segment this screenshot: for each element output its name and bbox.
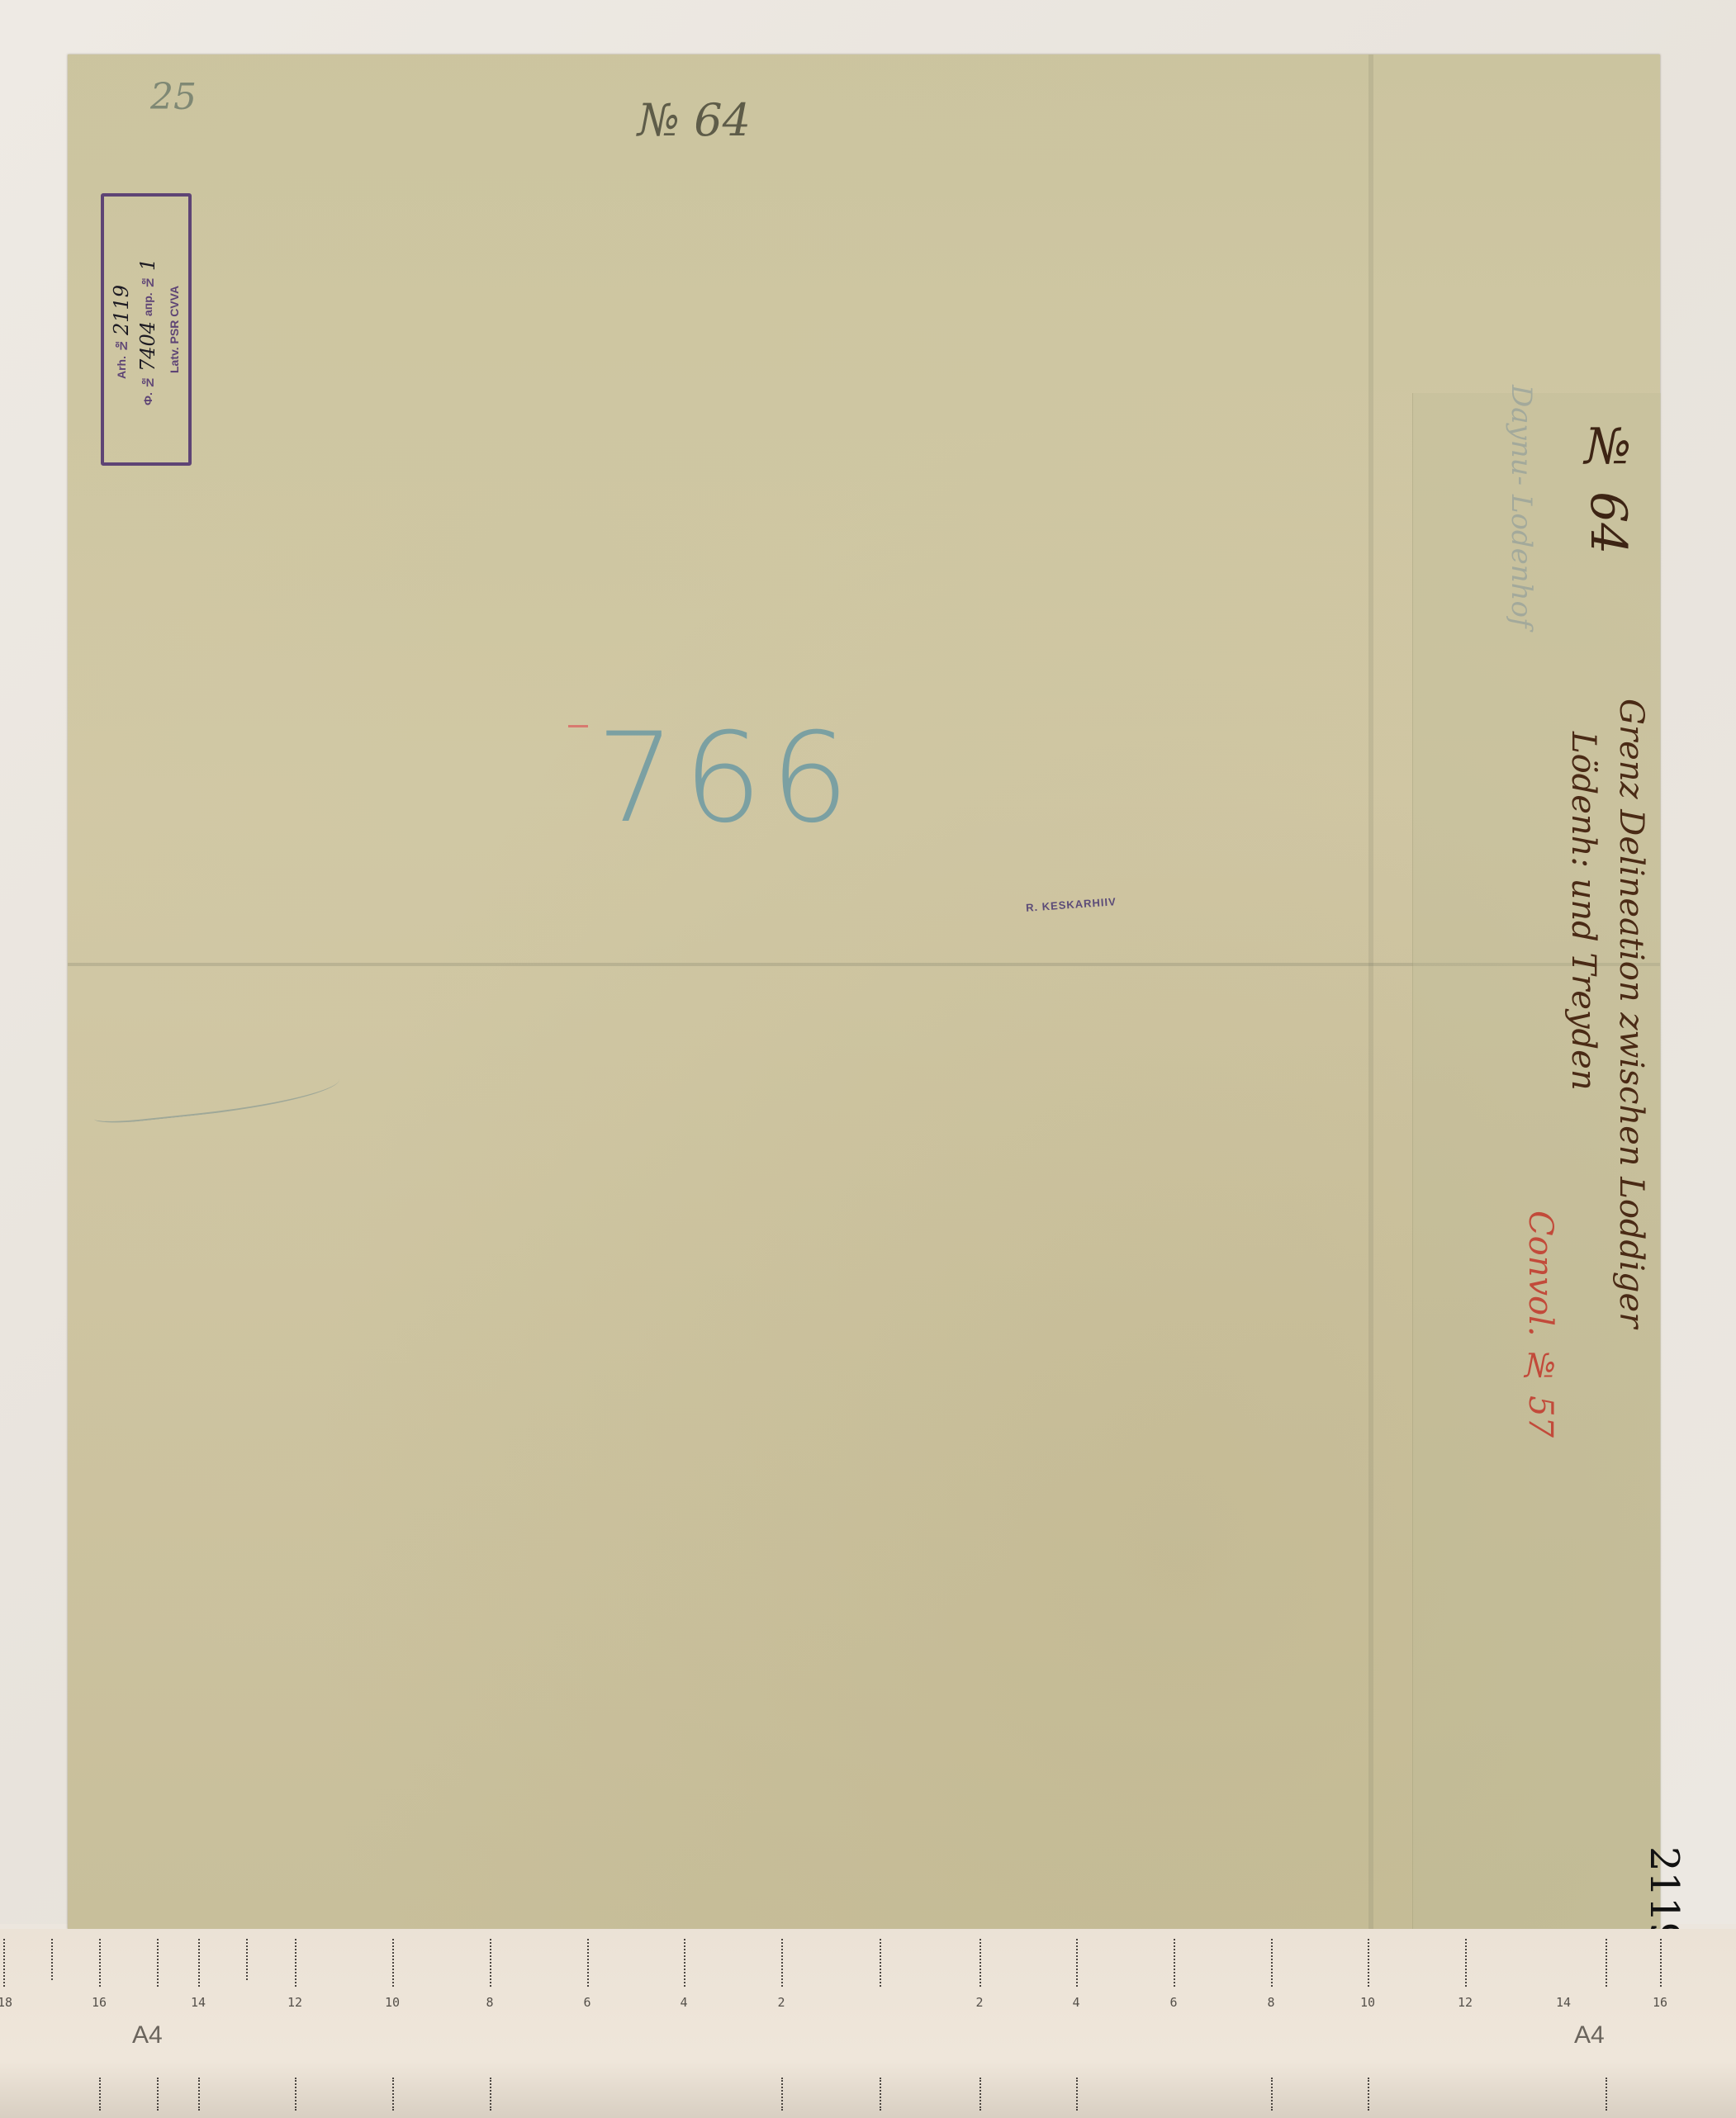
ruler-tick — [99, 2078, 101, 2111]
ruler-tick — [1606, 2078, 1607, 2111]
ruler-label: 6 — [583, 1995, 591, 2010]
stamp-line-fond: Ф. № 7404 апр. № 1 — [135, 197, 160, 462]
ruler-tick — [979, 1939, 981, 1987]
ruler-tick — [684, 1939, 685, 1987]
ruler-tick — [979, 2078, 981, 2111]
ruler-tick — [51, 1939, 53, 1980]
ruler-tick — [1368, 1939, 1369, 1987]
ruler-tick — [490, 2078, 491, 2111]
blue-crayon-number: 766 — [596, 707, 857, 851]
ink-heading-number: № 64 — [1579, 418, 1637, 554]
pencil-number-top-left: 25 — [150, 76, 197, 118]
ruler-tick — [1660, 1939, 1662, 1987]
ruler-tick — [157, 2078, 159, 2111]
vertical-fold-line — [1368, 54, 1373, 1929]
stamp-fond-value: 7404 — [136, 321, 159, 372]
ruler-tick — [1271, 2078, 1273, 2111]
ruler-center-tick — [880, 1939, 881, 1987]
ruler-tick — [1465, 1939, 1467, 1987]
ruler-tick — [3, 1939, 5, 1987]
ruler-label: 16 — [92, 1995, 107, 2010]
catalog-number-top: № 64 — [638, 94, 751, 146]
ruler-tick — [490, 1939, 491, 1987]
ruler-label: 8 — [1267, 1995, 1274, 2010]
ruler-label: 8 — [486, 1995, 493, 2010]
ruler-tick — [1606, 1939, 1607, 1987]
ruler-tick — [781, 1939, 783, 1987]
red-pencil-mark — [568, 725, 588, 736]
ruler-tick — [1368, 2078, 1369, 2111]
ruler-tick — [198, 1939, 200, 1987]
red-convolute-note: Convol. № 57 — [1521, 1211, 1559, 1438]
archive-name-stamp: R. KESKARHIIV — [1026, 895, 1117, 914]
ruler-tick — [1076, 1939, 1078, 1987]
ruler-tick — [295, 1939, 296, 1987]
ruler-label: 10 — [1360, 1995, 1375, 2010]
ruler-tick — [392, 2078, 394, 2111]
stamp-line-archive-number: Arh. № 2119 — [109, 197, 134, 462]
stamp-line-archive-name: Latv. PSR CVVA — [162, 197, 187, 462]
ruler-tick — [1174, 1939, 1175, 1987]
ruler-tick — [1076, 2078, 1078, 2111]
ruler-label: 4 — [680, 1995, 687, 2010]
ruler-tick — [1271, 1939, 1273, 1987]
ruler-label: 2 — [777, 1995, 785, 2010]
ruler-tick — [99, 1939, 101, 1987]
inventory-stamp: Latv. PSR CVVA Ф. № 7404 апр. № 1 Arh. №… — [101, 193, 192, 466]
ruler-label: 16 — [1653, 1995, 1667, 2010]
ruler-label: 12 — [287, 1995, 302, 2010]
ruler-label: 6 — [1169, 1995, 1177, 2010]
ruler-tick — [880, 2078, 881, 2111]
pencil-crack-line — [92, 1065, 342, 1125]
ruler-tick — [157, 1939, 159, 1987]
faint-pencil-note: Daynu- Lodenhof — [1505, 385, 1538, 628]
ruler-label: 12 — [1458, 1995, 1473, 2010]
document-sheet: 25 № 64 Latv. PSR CVVA Ф. № 7404 апр. № … — [68, 54, 1660, 1929]
ruler-tick — [587, 1939, 589, 1987]
ruler-label: 18 — [0, 1995, 12, 2010]
ruler-label: 14 — [1556, 1995, 1571, 2010]
ruler-tick — [295, 2078, 296, 2111]
ink-title-line-2: Lödenh: und Treyden — [1564, 732, 1602, 1091]
ruler-label: 10 — [385, 1995, 400, 2010]
ruler-label: 14 — [191, 1995, 206, 2010]
ruler-tick — [781, 2078, 783, 2111]
ruler-label: 4 — [1072, 1995, 1079, 2010]
ruler-tick — [246, 1939, 248, 1980]
ink-title-line-1: Grenz Delineation zwischen Loddiger — [1612, 699, 1650, 1328]
ruler-tick — [198, 2078, 200, 2111]
ruler-label: 2 — [975, 1995, 983, 2010]
stamp-archive-value: 2119 — [110, 285, 133, 335]
a4-size-marker-right: A4 — [1574, 2021, 1605, 2049]
a4-size-marker-left: A4 — [132, 2021, 163, 2049]
stamp-inventory-value: 1 — [136, 258, 159, 271]
ruler-tick — [392, 1939, 394, 1987]
measurement-ruler: 18 16 14 12 10 8 6 4 2 2 4 6 8 10 12 14 … — [0, 1929, 1736, 2118]
